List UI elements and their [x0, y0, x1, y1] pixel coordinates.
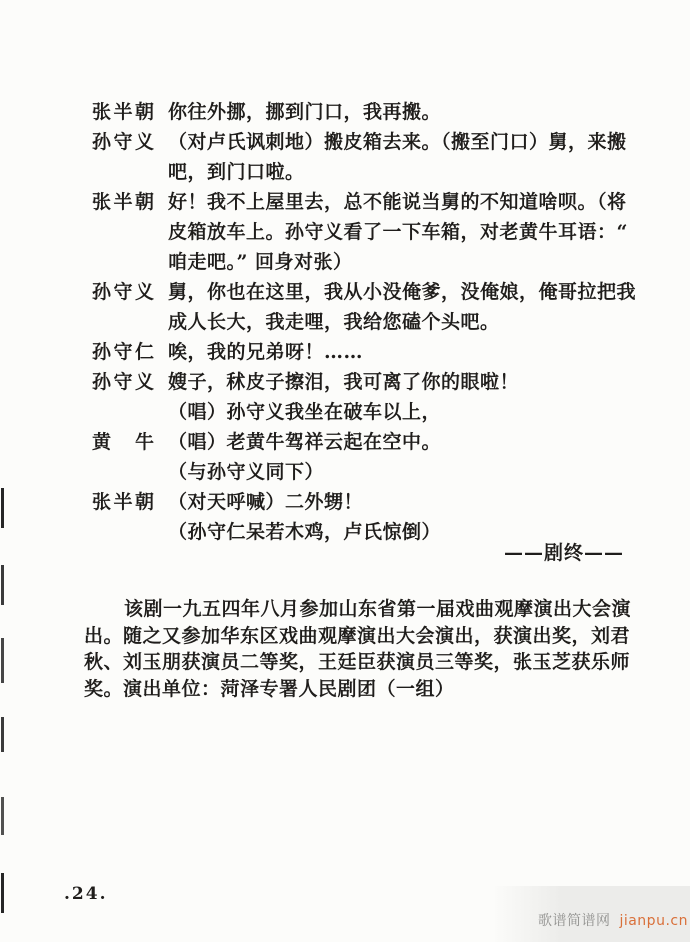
- scan-artifact-dash: [1, 873, 4, 913]
- scanned-script-page: 张半朝你往外挪，挪到门口，我再搬。孙守义（对卢氏讽刺地）搬皮箱去来。（搬至门口）…: [0, 0, 690, 942]
- dialogue-line: 咱走吧。” 回身对张）: [168, 247, 648, 277]
- script-entry: 黄 牛（唱）老黄牛驾祥云起在空中。（与孙守义同下）: [92, 427, 648, 487]
- script-entry: 孙守义嫂子，秫皮子擦泪，我可离了你的眼啦！（唱）孙守义我坐在破车以上，: [92, 367, 648, 427]
- speaker-name: 黄 牛: [92, 427, 168, 457]
- dialogue-line: 皮箱放车上。孙守义看了一下车箱，对老黄牛耳语：“: [168, 217, 648, 247]
- dialogue-line: （对天呼喊）二外甥！: [168, 487, 648, 517]
- script-entry: 张半朝你往外挪，挪到门口，我再搬。: [92, 97, 648, 127]
- watermark: 歌谱简谱网 jianpu.cn: [538, 910, 688, 930]
- dialogue-line: 你往外挪，挪到门口，我再搬。: [168, 97, 648, 127]
- dialogue-line: 成人长大，我走哩，我给您磕个头吧。: [168, 307, 648, 337]
- note-line: 秋、刘玉朋获演员二等奖，王廷臣获演员三等奖，张玉芝获乐师: [84, 649, 644, 676]
- watermark-site-name: 歌谱简谱网: [538, 913, 611, 929]
- speaker-name: 张半朝: [92, 187, 168, 217]
- speaker-name: 孙守义: [92, 127, 168, 157]
- script-entry: 孙守仁唉，我的兄弟呀！……: [92, 337, 648, 367]
- dialogue-lines: 嫂子，秫皮子擦泪，我可离了你的眼啦！（唱）孙守义我坐在破车以上，: [168, 367, 648, 427]
- note-line: 该剧一九五四年八月参加山东省第一届戏曲观摩演出大会演: [84, 596, 644, 623]
- dialogue-line: 吧，到门口啦。: [168, 157, 648, 187]
- note-line: 奖。演出单位：菏泽专署人民剧团（一组）: [84, 676, 644, 703]
- speaker-name: 孙守仁: [92, 337, 168, 367]
- dialogue-line: （对卢氏讽刺地）搬皮箱去来。（搬至门口）舅，来搬: [168, 127, 648, 157]
- speaker-name: 孙守义: [92, 277, 168, 307]
- note-line: 出。随之又参加华东区戏曲观摩演出大会演出，获演出奖，刘君: [84, 623, 644, 650]
- speaker-name: 孙守义: [92, 367, 168, 397]
- script-entry: 孙守义（对卢氏讽刺地）搬皮箱去来。（搬至门口）舅，来搬吧，到门口啦。: [92, 127, 648, 187]
- dialogue-line: 唉，我的兄弟呀！……: [168, 337, 648, 367]
- watermark-site-url: jianpu.cn: [619, 913, 688, 929]
- script-dialogue: 张半朝你往外挪，挪到门口，我再搬。孙守义（对卢氏讽刺地）搬皮箱去来。（搬至门口）…: [92, 97, 648, 547]
- speaker-name: 张半朝: [92, 487, 168, 517]
- scan-artifact-dash: [1, 797, 4, 835]
- dialogue-lines: 唉，我的兄弟呀！……: [168, 337, 648, 367]
- performance-note: 该剧一九五四年八月参加山东省第一届戏曲观摩演出大会演出。随之又参加华东区戏曲观摩…: [84, 596, 644, 702]
- scan-artifact-dash: [1, 488, 4, 528]
- dialogue-lines: （唱）老黄牛驾祥云起在空中。（与孙守义同下）: [168, 427, 648, 487]
- dialogue-line: （唱）老黄牛驾祥云起在空中。: [168, 427, 648, 457]
- scan-artifact-dash: [1, 717, 4, 752]
- script-entry: 张半朝好！我不上屋里去，总不能说当舅的不知道啥呗。（将皮箱放车上。孙守义看了一下…: [92, 187, 648, 277]
- page-number: .24.: [64, 884, 108, 904]
- dialogue-line: 好！我不上屋里去，总不能说当舅的不知道啥呗。（将: [168, 187, 648, 217]
- scan-artifact-dash: [1, 638, 4, 683]
- dialogue-lines: 你往外挪，挪到门口，我再搬。: [168, 97, 648, 127]
- dialogue-line: 嫂子，秫皮子擦泪，我可离了你的眼啦！: [168, 367, 648, 397]
- script-entry: 孙守义舅，你也在这里，我从小没俺爹，没俺娘，俺哥拉把我成人长大，我走哩，我给您磕…: [92, 277, 648, 337]
- end-of-play-marker: ——剧终——: [92, 538, 640, 565]
- dialogue-line: 舅，你也在这里，我从小没俺爹，没俺娘，俺哥拉把我: [168, 277, 648, 307]
- dialogue-lines: 好！我不上屋里去，总不能说当舅的不知道啥呗。（将皮箱放车上。孙守义看了一下车箱，…: [168, 187, 648, 277]
- speaker-name: 张半朝: [92, 97, 168, 127]
- dialogue-lines: 舅，你也在这里，我从小没俺爹，没俺娘，俺哥拉把我成人长大，我走哩，我给您磕个头吧…: [168, 277, 648, 337]
- scan-artifact-dash: [1, 565, 4, 605]
- dialogue-lines: （对卢氏讽刺地）搬皮箱去来。（搬至门口）舅，来搬吧，到门口啦。: [168, 127, 648, 187]
- dialogue-line: （唱）孙守义我坐在破车以上，: [168, 397, 648, 427]
- dialogue-line: （与孙守义同下）: [168, 457, 648, 487]
